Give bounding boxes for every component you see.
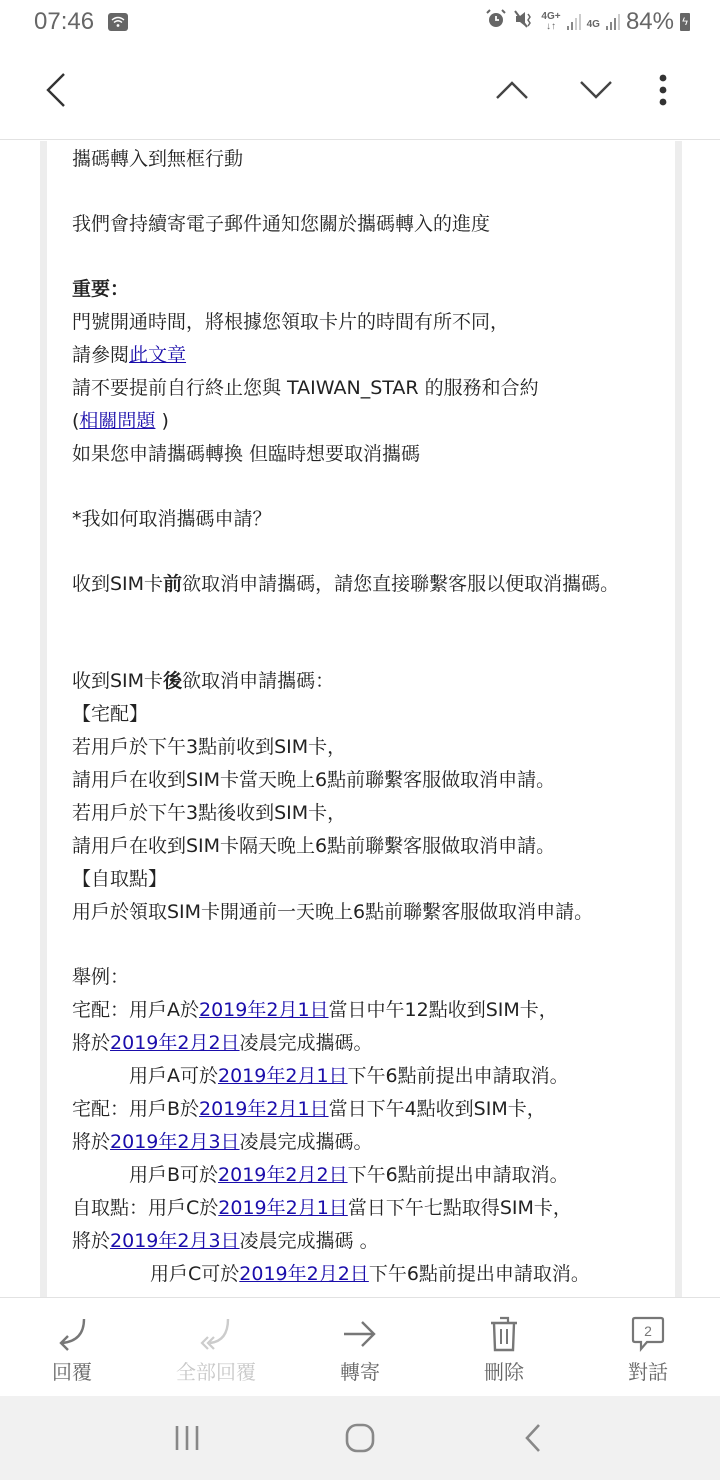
system-navigation-bar [0, 1396, 720, 1480]
network-4g-icon: 4G [587, 20, 600, 30]
date-link[interactable]: 2019年2月2日 [218, 1164, 348, 1186]
delivery-heading: 【宅配】 [72, 698, 672, 731]
example-line: 宅配：用戶A於2019年2月1日當日中午12點收到SIM卡， [72, 994, 672, 1027]
more-options-button[interactable] [648, 70, 678, 110]
example-line: 用戶C可於2019年2月2日下午6點前提出申請取消。 [72, 1258, 672, 1291]
reply-all-button[interactable]: 全部回覆 [144, 1298, 288, 1397]
body-line: 收到SIM卡後欲取消申請攜碼： [72, 665, 672, 698]
body-line: 攜碼轉入到無框行動 [72, 143, 672, 176]
more-vert-icon [659, 74, 667, 106]
status-bar: 07:46 4G+↓↑ 4G 84% ϟ [0, 0, 720, 44]
network-4g-plus-icon: 4G+↓↑ [541, 12, 560, 32]
body-line: 請參閱此文章 [72, 339, 672, 372]
reply-button[interactable]: 回覆 [0, 1298, 144, 1397]
next-email-button[interactable] [576, 70, 616, 110]
example-line: 將於2019年2月2日凌晨完成攜碼。 [72, 1027, 672, 1060]
mute-vibrate-icon [513, 8, 535, 37]
svg-text:2: 2 [644, 1323, 652, 1339]
chevron-down-icon [579, 80, 613, 100]
email-body: 攜碼轉入到無框行動 我們會持續寄電子郵件通知您關於攜碼轉入的進度 重要： 門號開… [72, 141, 672, 1291]
system-back-button[interactable] [503, 1413, 563, 1463]
back-button[interactable] [36, 70, 76, 110]
date-link[interactable]: 2019年2月1日 [218, 1065, 348, 1087]
pickup-heading: 【自取點】 [72, 863, 672, 896]
email-action-bar: 回覆 全部回覆 轉寄 刪除 2 對話 [0, 1297, 720, 1397]
body-line: (相關問題 ) [72, 405, 672, 438]
body-line: 請用戶在收到SIM卡隔天晚上6點前聯繫客服做取消申請。 [72, 830, 672, 863]
alarm-icon [485, 8, 507, 37]
recent-apps-icon [173, 1424, 201, 1452]
example-line: 用戶A可於2019年2月1日下午6點前提出申請取消。 [72, 1060, 672, 1093]
recent-apps-button[interactable] [157, 1413, 217, 1463]
body-line: 如果您申請攜碼轉換 但臨時想要取消攜碼 [72, 438, 672, 471]
date-link[interactable]: 2019年2月2日 [239, 1263, 369, 1285]
previous-email-button[interactable] [492, 70, 532, 110]
wifi-icon [108, 13, 128, 31]
battery-charging-icon: ϟ [680, 13, 690, 31]
battery-percent: 84% [626, 8, 674, 36]
body-line: 若用戶於下午3點後收到SIM卡， [72, 797, 672, 830]
faq-heading: *我如何取消攜碼申請？ [72, 503, 672, 536]
body-line: 收到SIM卡前欲取消申請攜碼，請您直接聯繫客服以便取消攜碼。 [72, 568, 672, 601]
date-link[interactable]: 2019年2月1日 [218, 1197, 348, 1219]
signal-icon-1 [567, 14, 581, 30]
example-line: 將於2019年2月3日凌晨完成攜碼。 [72, 1126, 672, 1159]
example-line: 自取點：用戶C於2019年2月1日當日下午七點取得SIM卡， [72, 1192, 672, 1225]
back-icon [524, 1423, 542, 1453]
home-button[interactable] [330, 1413, 390, 1463]
conversation-icon: 2 [631, 1316, 665, 1352]
chevron-left-icon [44, 72, 68, 108]
example-line: 用戶B可於2019年2月2日下午6點前提出申請取消。 [72, 1159, 672, 1192]
body-line: 請用戶在收到SIM卡當天晚上6點前聯繫客服做取消申請。 [72, 764, 672, 797]
date-link[interactable]: 2019年2月1日 [199, 999, 329, 1021]
trash-icon [489, 1316, 519, 1352]
chevron-up-icon [495, 80, 529, 100]
signal-icon-2 [606, 14, 620, 30]
body-line: 若用戶於下午3點前收到SIM卡， [72, 731, 672, 764]
reply-icon [54, 1317, 90, 1351]
article-link[interactable]: 此文章 [129, 344, 186, 366]
important-heading: 重要： [72, 273, 672, 306]
forward-button[interactable]: 轉寄 [288, 1298, 432, 1397]
example-line: 宅配：用戶B於2019年2月1日當日下午4點收到SIM卡， [72, 1093, 672, 1126]
body-line: 我們會持續寄電子郵件通知您關於攜碼轉入的進度 [72, 208, 672, 241]
date-link[interactable]: 2019年2月1日 [199, 1098, 329, 1120]
reply-all-icon [198, 1317, 234, 1351]
delete-button[interactable]: 刪除 [432, 1298, 576, 1397]
example-heading: 舉例： [72, 961, 672, 994]
conversation-button[interactable]: 2 對話 [576, 1298, 720, 1397]
related-questions-link[interactable]: 相關問題 [79, 410, 155, 432]
clock: 07:46 [34, 8, 94, 36]
top-app-bar [0, 44, 720, 140]
date-link[interactable]: 2019年2月3日 [110, 1131, 240, 1153]
date-link[interactable]: 2019年2月2日 [110, 1032, 240, 1054]
body-line: 門號開通時間，將根據您領取卡片的時間有所不同， [72, 306, 672, 339]
content-border-right [675, 141, 682, 1297]
email-content-scroll[interactable]: 攜碼轉入到無框行動 我們會持續寄電子郵件通知您關於攜碼轉入的進度 重要： 門號開… [0, 141, 720, 1297]
forward-icon [342, 1319, 378, 1349]
example-line: 將於2019年2月3日凌晨完成攜碼 。 [72, 1225, 672, 1258]
body-line: 請不要提前自行終止您與 TAIWAN_STAR 的服務和合約 [72, 372, 672, 405]
content-border-left [40, 141, 47, 1297]
home-icon [345, 1423, 375, 1453]
date-link[interactable]: 2019年2月3日 [110, 1230, 240, 1252]
body-line: 用戶於領取SIM卡開通前一天晚上6點前聯繫客服做取消申請。 [72, 896, 672, 929]
